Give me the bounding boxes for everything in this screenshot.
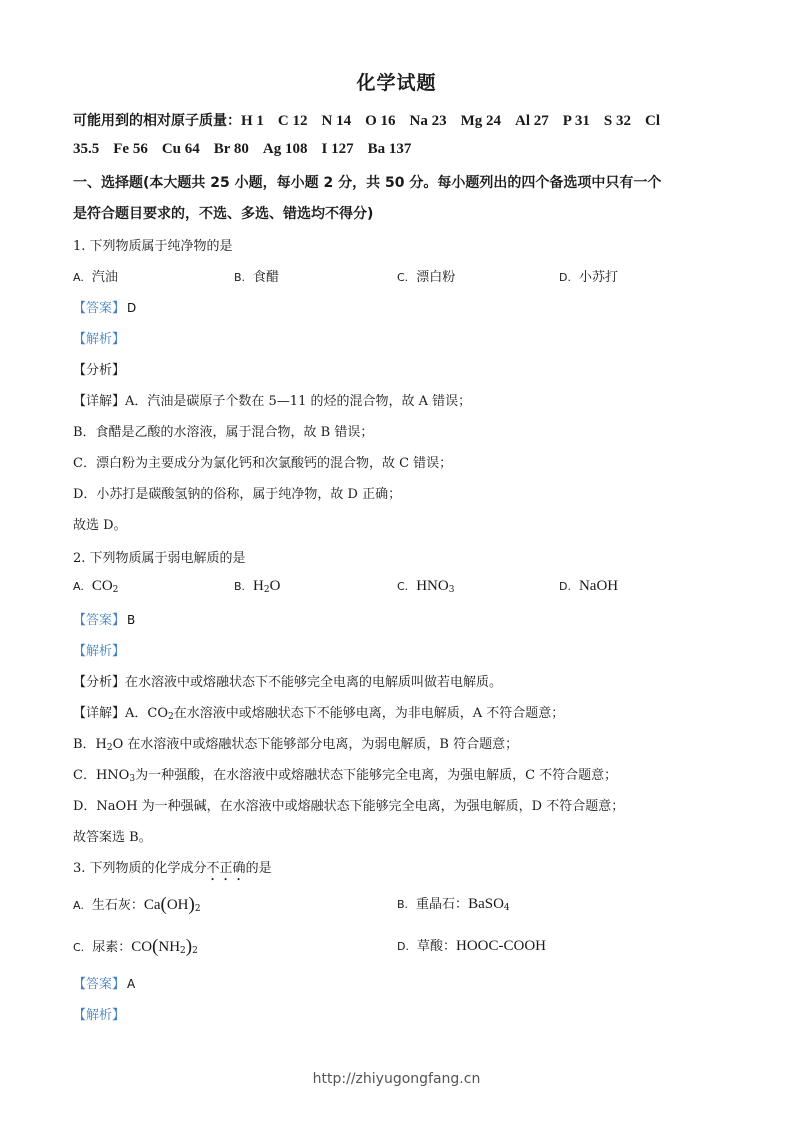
atomic-mass-item: I 127 <box>322 141 354 157</box>
atomic-mass-item: N 14 <box>322 113 352 129</box>
formula-subscript: 4 <box>504 903 510 913</box>
formula-subscript: 2 <box>113 585 119 595</box>
formula-subscript: 2 <box>180 946 186 956</box>
detail-text: B．H <box>73 737 107 752</box>
q3-option-d: D.草酸：HOOC-COOH <box>397 935 546 955</box>
formula: H <box>253 578 264 594</box>
detail-label: 【详解】 <box>73 706 125 721</box>
option-name: 重晶石： <box>416 897 468 912</box>
q1-answer: 【答案】D <box>73 297 136 316</box>
q1-option-c: C.漂白粉 <box>397 266 455 285</box>
atomic-mass-item: Mg 24 <box>461 113 501 129</box>
q2-option-c: C.HNO3 <box>397 578 454 595</box>
stem-emphasis: 不正确 <box>207 861 246 876</box>
q1-analysis-label: 【解析】 <box>73 328 125 347</box>
q1-fenxi-label: 【分析】 <box>73 359 125 378</box>
exam-page: 化学试题 可能用到的相对原子质量：H 1C 12N 14O 16Na 23Mg … <box>0 0 793 1122</box>
answer-value: B <box>127 613 135 627</box>
detail-text: 在水溶液中或熔融状态下不能够电离，为非电解质，A 不符合题意； <box>174 706 565 721</box>
atomic-mass-item: 35.5 <box>73 141 99 157</box>
option-text: 食醋 <box>253 270 279 285</box>
answer-label: 【答案】 <box>73 301 125 316</box>
atomic-mass-item: Fe 56 <box>113 141 148 157</box>
detail-text: A．汽油是碳原子个数在 5—11 的烃的混合物，故 A 错误； <box>125 394 471 409</box>
q3-option-c: C.尿素：CO(NH2)2 <box>73 935 198 957</box>
option-text: 小苏打 <box>579 270 618 285</box>
q1-detail-b: B．食醋是乙酸的水溶液，属于混合物，故 B 错误； <box>73 421 373 440</box>
atomic-mass-item: S 32 <box>604 113 631 129</box>
q2-option-b: B.H2O <box>234 578 280 595</box>
option-letter: D. <box>559 580 571 593</box>
section-heading-line-2: 是符合题目要求的，不选、多选、错选均不得分) <box>73 203 373 223</box>
section-heading-line-1: 一、选择题(本大题共 25 小题，每小题 2 分，共 50 分。每小题列出的四个… <box>73 172 661 192</box>
paren-close: ) <box>189 894 195 915</box>
detail-text: C．HNO <box>73 768 129 783</box>
option-letter: B. <box>397 898 408 911</box>
q1-detail-a: 【详解】A．汽油是碳原子个数在 5—11 的烃的混合物，故 A 错误； <box>73 390 471 409</box>
detail-text: A．CO <box>125 706 168 721</box>
q1-option-a: A.汽油 <box>73 266 118 285</box>
page-title: 化学试题 <box>0 68 793 95</box>
stem-text: 3. 下列物质的化学成分 <box>73 861 207 876</box>
atomic-mass-item: Ba 137 <box>368 141 412 157</box>
option-name: 尿素： <box>92 940 131 955</box>
question-2-stem: 2. 下列物质属于弱电解质的是 <box>73 547 246 566</box>
formula-subscript: 2 <box>192 946 198 956</box>
atomic-mass-item: C 12 <box>278 113 308 129</box>
q2-option-a: A.CO2 <box>73 578 118 595</box>
option-letter: A. <box>73 271 84 284</box>
q1-conclusion: 故选 D。 <box>73 514 127 533</box>
option-name: 草酸： <box>417 939 456 954</box>
option-text: 汽油 <box>92 270 118 285</box>
q3-option-a: A.生石灰：Ca(OH)2 <box>73 893 201 915</box>
option-letter: C. <box>397 271 408 284</box>
q2-detail-c: C．HNO3为一种强酸，在水溶液中或熔融状态下能够完全电离，为强电解质，C 不符… <box>73 764 617 784</box>
formula: CO <box>131 939 152 955</box>
q1-option-d: D.小苏打 <box>559 266 618 285</box>
option-letter: B. <box>234 580 245 593</box>
q1-detail-c: C．漂白粉为主要成分为氯化钙和次氯酸钙的混合物，故 C 错误； <box>73 452 452 471</box>
detail-text: O 在水溶液中或熔融状态下能够部分电离，为弱电解质，B 符合题意； <box>113 737 518 752</box>
answer-value: A <box>127 977 135 991</box>
fenxi-label: 【分析】 <box>73 675 125 690</box>
formula: BaSO <box>468 896 504 912</box>
option-letter: A. <box>73 899 84 912</box>
atomic-mass-line-1: 可能用到的相对原子质量：H 1C 12N 14O 16Na 23Mg 24Al … <box>73 110 674 130</box>
formula: CO <box>92 578 113 594</box>
q2-detail-a: 【详解】A．CO2在水溶液中或熔融状态下不能够电离，为非电解质，A 不符合题意； <box>73 702 564 722</box>
formula: O <box>270 578 281 594</box>
q2-detail-d: D．NaOH 为一种强碱，在水溶液中或熔融状态下能够完全电离，为强电解质，D 不… <box>73 795 624 814</box>
q1-detail-d: D．小苏打是碳酸氢钠的俗称，属于纯净物，故 D 正确； <box>73 483 401 502</box>
answer-label: 【答案】 <box>73 977 125 992</box>
question-1-stem: 1. 下列物质属于纯净物的是 <box>73 235 233 254</box>
atomic-mass-item: O 16 <box>365 113 395 129</box>
option-letter: C. <box>397 580 408 593</box>
q3-answer: 【答案】A <box>73 973 135 992</box>
q3-option-b: B.重晶石：BaSO4 <box>397 893 510 913</box>
option-letter: A. <box>73 580 84 593</box>
atomic-mass-item: Br 80 <box>214 141 249 157</box>
question-3-stem: 3. 下列物质的化学成分不正确的是 <box>73 857 272 884</box>
formula-subscript: 3 <box>449 585 455 595</box>
atomic-mass-item: H 1 <box>241 113 264 129</box>
option-letter: B. <box>234 271 245 284</box>
atomic-mass-line-2: 35.5Fe 56Cu 64Br 80Ag 108I 127Ba 137 <box>73 141 425 158</box>
footer-url[interactable]: http://zhiyugongfang.cn <box>0 1071 793 1087</box>
atomic-mass-item: Cl <box>645 113 660 129</box>
atomic-mass-label: 可能用到的相对原子质量： <box>73 113 241 129</box>
q2-option-d: D.NaOH <box>559 578 618 595</box>
formula-subscript: 2 <box>195 904 201 914</box>
q3-analysis-label: 【解析】 <box>73 1004 125 1023</box>
paren-close: ) <box>186 936 192 957</box>
q2-detail-b: B．H2O 在水溶液中或熔融状态下能够部分电离，为弱电解质，B 符合题意； <box>73 733 518 753</box>
option-name: 生石灰： <box>92 898 144 913</box>
option-letter: D. <box>397 940 409 953</box>
atomic-mass-item: Ag 108 <box>263 141 308 157</box>
fenxi-text: 在水溶液中或熔融状态下不能够完全电离的电解质叫做若电解质。 <box>125 675 502 690</box>
atomic-mass-item: Na 23 <box>410 113 447 129</box>
paren-open: ( <box>161 894 167 915</box>
q2-answer: 【答案】B <box>73 609 135 628</box>
formula: NH <box>158 939 180 955</box>
atomic-mass-item: Cu 64 <box>162 141 200 157</box>
answer-value: D <box>127 301 136 315</box>
atomic-mass-item: Al 27 <box>515 113 549 129</box>
option-text: 漂白粉 <box>416 270 455 285</box>
option-letter: C. <box>73 941 84 954</box>
formula: Ca <box>144 897 161 913</box>
formula: NaOH <box>579 578 618 594</box>
q2-fenxi: 【分析】在水溶液中或熔融状态下不能够完全电离的电解质叫做若电解质。 <box>73 671 502 690</box>
option-letter: D. <box>559 271 571 284</box>
q2-conclusion: 故答案选 B。 <box>73 826 152 845</box>
q2-analysis-label: 【解析】 <box>73 640 125 659</box>
atomic-mass-item: P 31 <box>563 113 590 129</box>
answer-label: 【答案】 <box>73 613 125 628</box>
detail-label: 【详解】 <box>73 394 125 409</box>
stem-text: 的是 <box>246 861 272 876</box>
paren-open: ( <box>152 936 158 957</box>
formula: HOOC-COOH <box>456 938 546 954</box>
formula: OH <box>167 897 189 913</box>
formula: HNO <box>416 578 449 594</box>
q1-option-b: B.食醋 <box>234 266 279 285</box>
detail-text: 为一种强酸，在水溶液中或熔融状态下能够完全电离，为强电解质，C 不符合题意； <box>135 768 617 783</box>
